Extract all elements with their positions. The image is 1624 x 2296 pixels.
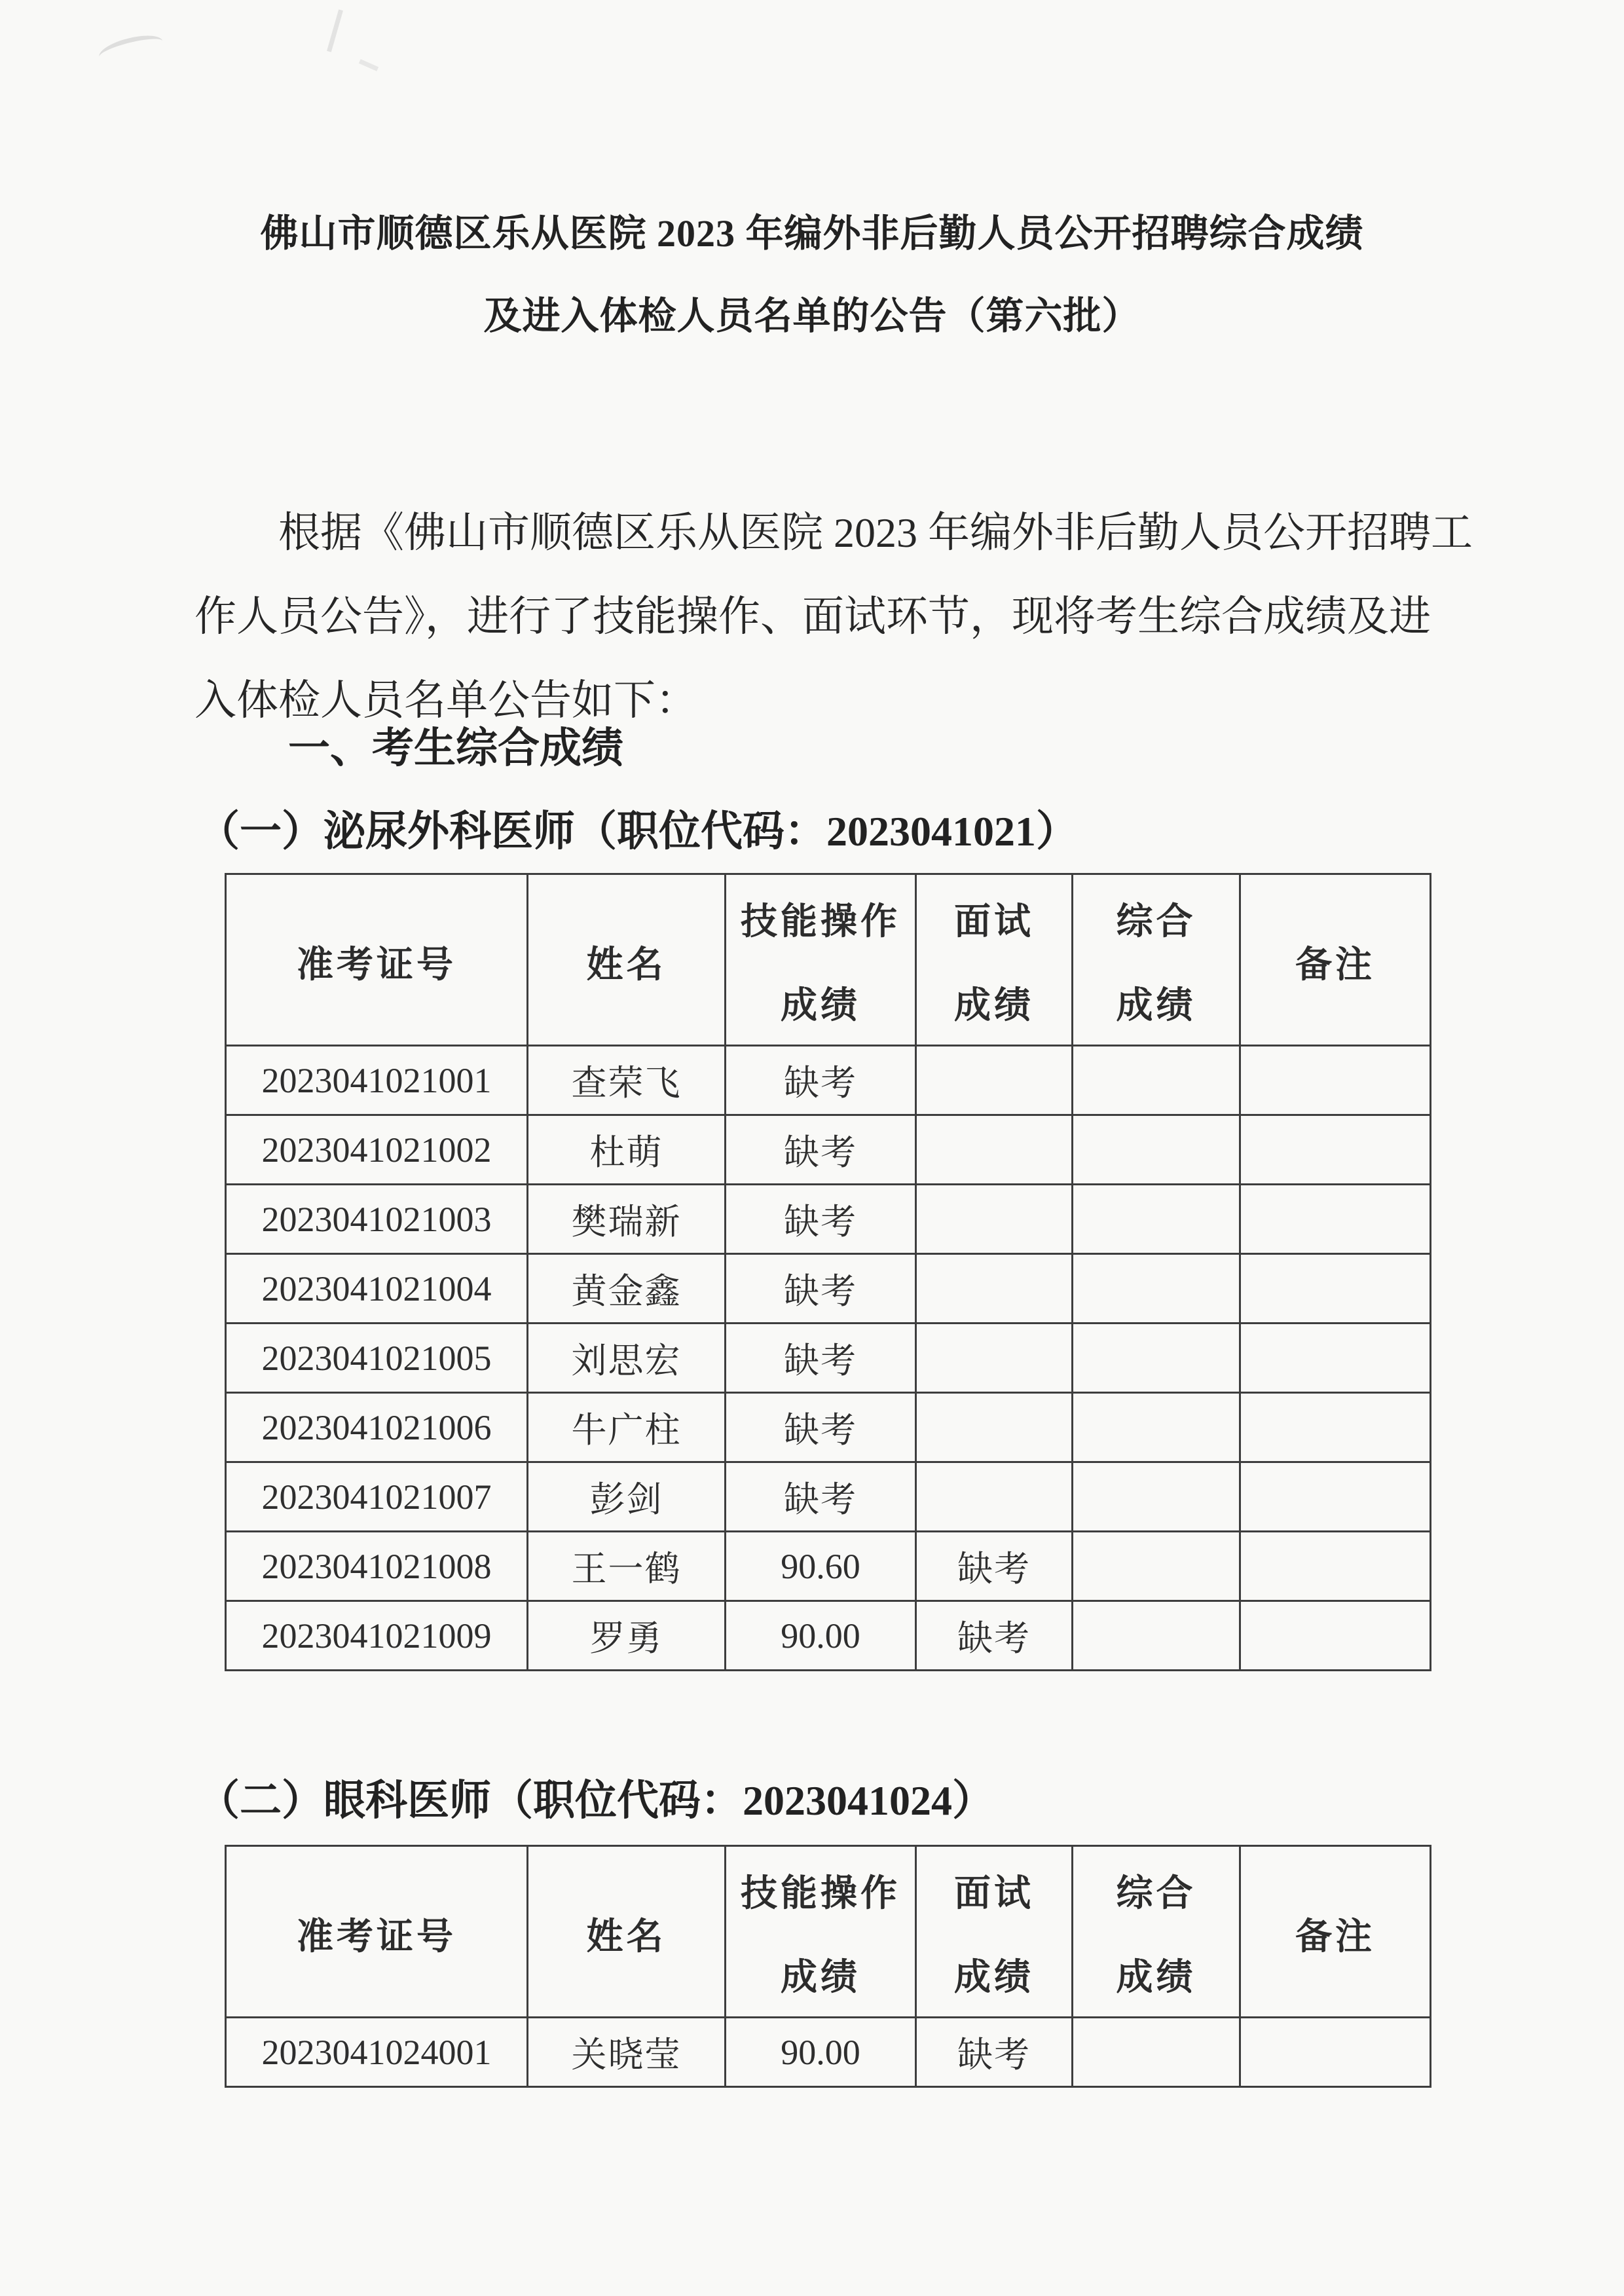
cell-name: 罗勇 [528, 1601, 726, 1671]
cell-remarks [1240, 1254, 1431, 1324]
cell-name: 杜萌 [528, 1115, 726, 1185]
table-row: 2023041024001 关晓莹 90.00 缺考 [226, 2018, 1431, 2087]
cell-overall-score [1073, 1393, 1240, 1462]
table-row: 2023041021009 罗勇 90.00 缺考 [226, 1601, 1431, 1671]
cell-skill-score: 缺考 [726, 1324, 916, 1393]
column-header-label: 综合 [1116, 1876, 1196, 1912]
document-title-line2: 及进入体检人员名单的公告（第六批） [0, 297, 1624, 335]
cell-admission-number: 2023041021001 [226, 1046, 528, 1115]
subsection-heading-ophthalmology: （二）眼科医师（职位代码：2023041024） [198, 1780, 994, 1822]
intro-line: 根据《佛山市顺德区乐从医院 2023 年编外非后勤人员公开招聘工 [194, 491, 1458, 575]
column-header-label: 成绩 [954, 988, 1034, 1024]
column-header-admission-number: 准考证号 [226, 1846, 528, 2018]
cell-interview-score [916, 1046, 1073, 1115]
cell-overall-score [1073, 1532, 1240, 1601]
column-header-interview-score: 面试 成绩 [916, 874, 1073, 1046]
cell-overall-score [1073, 1462, 1240, 1532]
table-row: 2023041021003 樊瑞新 缺考 [226, 1185, 1431, 1254]
column-header-label: 准考证号 [227, 932, 526, 988]
table-row: 2023041021006 牛广柱 缺考 [226, 1393, 1431, 1462]
column-header-label: 成绩 [781, 1959, 860, 1996]
column-header-overall-score: 综合 成绩 [1073, 1846, 1240, 2018]
cell-admission-number: 2023041021003 [226, 1185, 528, 1254]
column-header-label: 成绩 [781, 988, 860, 1024]
column-header-name: 姓名 [528, 874, 726, 1046]
table-row: 2023041021005 刘思宏 缺考 [226, 1324, 1431, 1393]
table-row: 2023041021008 王一鹤 90.60 缺考 [226, 1532, 1431, 1601]
column-header-overall-score: 综合 成绩 [1073, 874, 1240, 1046]
cell-skill-score: 缺考 [726, 1185, 916, 1254]
cell-name: 牛广柱 [528, 1393, 726, 1462]
cell-name: 黄金鑫 [528, 1254, 726, 1324]
cell-admission-number: 2023041021004 [226, 1254, 528, 1324]
cell-remarks [1240, 1601, 1431, 1671]
cell-overall-score [1073, 1185, 1240, 1254]
column-header-label: 面试 [954, 904, 1034, 940]
intro-line: 作人员公告》，进行了技能操作、面试环节，现将考生综合成绩及进 [194, 575, 1458, 659]
cell-admission-number: 2023041021002 [226, 1115, 528, 1185]
cell-remarks [1240, 1324, 1431, 1393]
cell-remarks [1240, 1532, 1431, 1601]
cell-name: 彭剑 [528, 1462, 726, 1532]
cell-interview-score [916, 1462, 1073, 1532]
cell-name: 查荣飞 [528, 1046, 726, 1115]
cell-skill-score: 缺考 [726, 1462, 916, 1532]
scan-smudge [327, 9, 343, 52]
cell-overall-score [1073, 1254, 1240, 1324]
column-header-interview-score: 面试 成绩 [916, 1846, 1073, 2018]
cell-name: 刘思宏 [528, 1324, 726, 1393]
column-header-name: 姓名 [528, 1846, 726, 2018]
column-header-remarks: 备注 [1240, 1846, 1431, 2018]
cell-overall-score [1073, 1324, 1240, 1393]
column-header-label: 面试 [954, 1876, 1034, 1912]
cell-admission-number: 2023041021009 [226, 1601, 528, 1671]
column-header-label: 综合 [1116, 904, 1196, 940]
column-header-label: 技能操作 [741, 904, 900, 940]
table-row: 2023041021002 杜萌 缺考 [226, 1115, 1431, 1185]
column-header-admission-number: 准考证号 [226, 874, 528, 1046]
scan-smudge [96, 30, 165, 67]
cell-remarks [1240, 1046, 1431, 1115]
column-header-label: 成绩 [954, 1959, 1034, 1996]
cell-overall-score [1073, 1115, 1240, 1185]
cell-interview-score [916, 1254, 1073, 1324]
cell-remarks [1240, 1462, 1431, 1532]
column-header-label: 备注 [1241, 1904, 1430, 1960]
cell-remarks [1240, 1393, 1431, 1462]
column-header-label: 成绩 [1116, 988, 1196, 1024]
table-row: 2023041021004 黄金鑫 缺考 [226, 1254, 1431, 1324]
cell-skill-score: 缺考 [726, 1115, 916, 1185]
ophthalmology-scores-table: 准考证号 姓名 技能操作 成绩 面试 成绩 综合 成绩 备注 [225, 1845, 1431, 2088]
cell-admission-number: 2023041021007 [226, 1462, 528, 1532]
subsection-heading-urology: （一）泌尿外科医师（职位代码：2023041021） [198, 811, 1078, 853]
cell-remarks [1240, 1115, 1431, 1185]
urology-scores-table: 准考证号 姓名 技能操作 成绩 面试 成绩 综合 成绩 备注 [225, 873, 1431, 1671]
cell-admission-number: 2023041021005 [226, 1324, 528, 1393]
cell-interview-score [916, 1324, 1073, 1393]
cell-name: 王一鹤 [528, 1532, 726, 1601]
cell-interview-score: 缺考 [916, 2018, 1073, 2087]
column-header-label: 技能操作 [741, 1876, 900, 1912]
cell-skill-score: 缺考 [726, 1046, 916, 1115]
document-title-line1: 佛山市顺德区乐从医院 2023 年编外非后勤人员公开招聘综合成绩 [0, 215, 1624, 253]
cell-admission-number: 2023041021006 [226, 1393, 528, 1462]
cell-admission-number: 2023041024001 [226, 2018, 528, 2087]
intro-paragraph: 根据《佛山市顺德区乐从医院 2023 年编外非后勤人员公开招聘工 作人员公告》，… [194, 491, 1458, 743]
table-row: 2023041021007 彭剑 缺考 [226, 1462, 1431, 1532]
column-header-skill-score: 技能操作 成绩 [726, 1846, 916, 2018]
cell-name: 关晓莹 [528, 2018, 726, 2087]
column-header-label: 准考证号 [227, 1904, 526, 1960]
cell-skill-score: 缺考 [726, 1254, 916, 1324]
cell-overall-score [1073, 1046, 1240, 1115]
cell-name: 樊瑞新 [528, 1185, 726, 1254]
table-header-row: 准考证号 姓名 技能操作 成绩 面试 成绩 综合 成绩 备注 [226, 874, 1431, 1046]
cell-interview-score [916, 1115, 1073, 1185]
cell-overall-score [1073, 2018, 1240, 2087]
column-header-label: 姓名 [528, 932, 724, 988]
column-header-label: 备注 [1241, 932, 1430, 988]
column-header-skill-score: 技能操作 成绩 [726, 874, 916, 1046]
column-header-label: 成绩 [1116, 1959, 1196, 1996]
cell-skill-score: 90.60 [726, 1532, 916, 1601]
section-heading-candidate-scores: 一、考生综合成绩 [288, 728, 623, 769]
cell-skill-score: 90.00 [726, 1601, 916, 1671]
table-header-row: 准考证号 姓名 技能操作 成绩 面试 成绩 综合 成绩 备注 [226, 1846, 1431, 2018]
cell-interview-score: 缺考 [916, 1532, 1073, 1601]
scanned-document-page: 佛山市顺德区乐从医院 2023 年编外非后勤人员公开招聘综合成绩 及进入体检人员… [0, 0, 1624, 2296]
cell-skill-score: 缺考 [726, 1393, 916, 1462]
scan-smudge [359, 59, 378, 71]
cell-skill-score: 90.00 [726, 2018, 916, 2087]
cell-remarks [1240, 2018, 1431, 2087]
cell-remarks [1240, 1185, 1431, 1254]
cell-interview-score [916, 1185, 1073, 1254]
column-header-remarks: 备注 [1240, 874, 1431, 1046]
cell-overall-score [1073, 1601, 1240, 1671]
cell-admission-number: 2023041021008 [226, 1532, 528, 1601]
cell-interview-score [916, 1393, 1073, 1462]
cell-interview-score: 缺考 [916, 1601, 1073, 1671]
column-header-label: 姓名 [528, 1904, 724, 1960]
table-row: 2023041021001 查荣飞 缺考 [226, 1046, 1431, 1115]
